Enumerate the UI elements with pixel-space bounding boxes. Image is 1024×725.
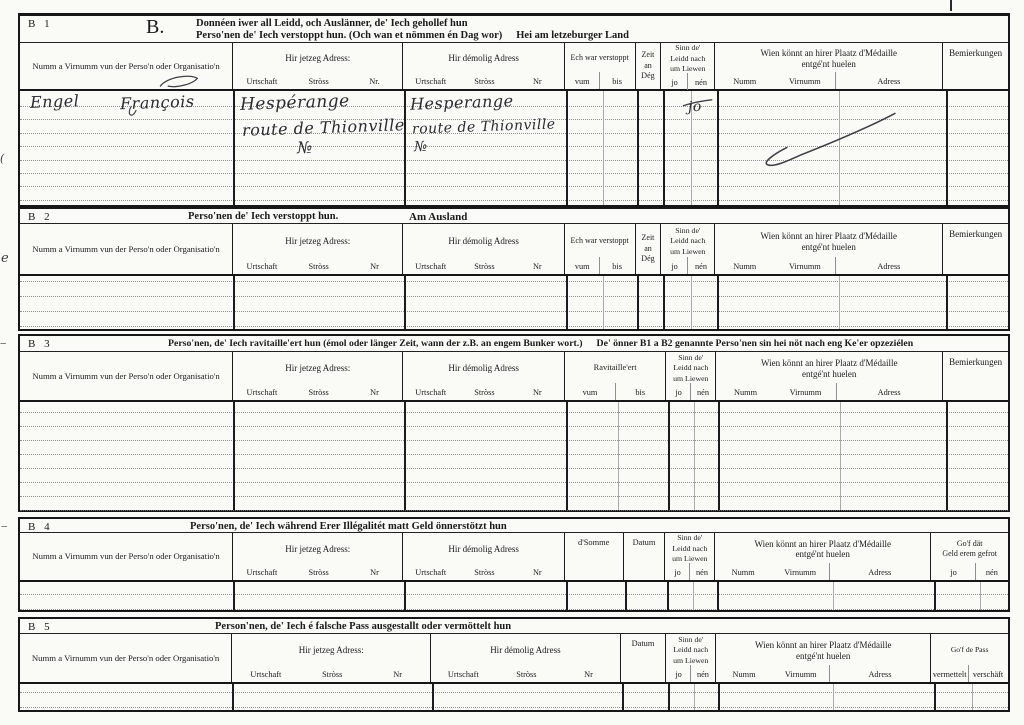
section-b2: B 2Perso'nen de' Iech verstoppt hun.Am A… — [18, 207, 1010, 331]
sub-column-divider — [839, 276, 840, 329]
sub-label: Nr — [365, 670, 430, 679]
header-label-group: Go'f de Pass — [931, 634, 1008, 667]
sub-label: Adress — [830, 670, 931, 679]
sub-label: Stròss — [291, 77, 347, 86]
header-label-group: Sinn de'Leidd nachum Liewen — [661, 224, 714, 259]
header-sublabels: UrtschaftStròssNr. — [233, 74, 402, 89]
header-label-group: Hir jetzeg Adress: — [233, 352, 402, 385]
table-body — [20, 582, 1008, 610]
column-divider — [717, 582, 719, 610]
sub-column-divider — [603, 91, 604, 205]
column-divider — [717, 91, 719, 205]
title-text: Perso'nen de' Iech verstoppt hun. (Och w… — [196, 30, 502, 41]
sub-label: vum — [565, 77, 600, 86]
sub-label: Nr — [511, 77, 564, 86]
column-header-3: Datum — [621, 634, 667, 682]
sub-label: Virnumm — [771, 568, 829, 577]
sub-column-divider — [691, 276, 692, 329]
header-label-group: Numm a Virnumm vun der Perso'n oder Orga… — [20, 352, 232, 400]
column-header-4: ZeitanDég — [636, 224, 662, 274]
header-label: Wien könnt an hirer Plaatz d'Médaille — [715, 539, 930, 550]
header-label: an — [636, 61, 661, 72]
column-header-3: Ravitaille'ertvumbis — [565, 352, 667, 400]
table-header: Numm a Virnumm vun der Perso'n oder Orga… — [20, 352, 1008, 402]
title-text: Perso'nen de' Iech verstoppt hun. — [188, 211, 338, 222]
header-label: Hir démolig Adress — [403, 544, 563, 555]
header-label: um Liewen — [661, 247, 714, 258]
column-header-6: Bemierkungen — [943, 352, 1008, 400]
sub-label: Nr — [511, 388, 564, 397]
sub-label: Stròss — [458, 262, 511, 271]
table-header: Numm a Virnumm vun der Perso'n oder Orga… — [20, 224, 1008, 276]
header-label: Leidd nach — [665, 544, 714, 555]
title-text: Person'nen, de' Iech é falsche Pass ausg… — [215, 621, 511, 632]
sub-label: bis — [615, 388, 665, 397]
section-title: Perso'nen, de' Iech ravitaille'ert hun (… — [168, 338, 913, 350]
section-label: B 1 — [28, 18, 53, 30]
column-header-2: Hir démolig AdressUrtschaftStròssNr — [403, 224, 564, 274]
column-divider — [663, 276, 665, 329]
column-header-5: Sinn de'Leidd nachum Liewenjonén — [661, 224, 715, 274]
header-sublabels: vumbis — [565, 74, 635, 89]
header-sublabels: jonén — [665, 565, 714, 580]
column-divider — [404, 582, 406, 610]
title-line: Perso'nen, de' Iech während Erer Illégal… — [190, 521, 507, 533]
header-sublabels: jonén — [931, 565, 1008, 580]
sub-label: vermettelt — [931, 670, 968, 679]
column-header-0: Numm a Virnumm vun der Perso'n oder Orga… — [20, 634, 232, 682]
header-label-group: Hir jetzeg Adress: — [233, 43, 402, 74]
column-divider — [946, 402, 948, 510]
sub-label: Nr — [511, 262, 564, 271]
header-label-group: Numm a Virnumm vun der Perso'n oder Orga… — [20, 224, 232, 274]
row-line — [20, 594, 1008, 595]
header-label: Leidd nach — [661, 236, 714, 247]
header-label: Hir jetzeg Adress: — [233, 363, 402, 374]
header-label: entgé'nt huelen — [715, 242, 942, 253]
column-divider — [566, 582, 568, 610]
sub-label: Urtschaft — [403, 388, 458, 397]
sub-label: nén — [691, 388, 715, 397]
row-line — [20, 496, 1008, 497]
table-header: Numm a Virnumm vun der Perso'n oder Orga… — [20, 533, 1008, 582]
row-line — [20, 281, 1008, 282]
sub-column-divider — [835, 72, 836, 89]
sub-label: Adress — [836, 262, 943, 271]
header-label: Bemierkungen — [943, 229, 1008, 240]
column-header-1: Hir jetzeg Adress:UrtschaftStròssNr — [233, 224, 403, 274]
section-b4: B 4Perso'nen, de' Iech während Erer Illé… — [18, 517, 1010, 612]
header-label: Sinn de' — [661, 43, 714, 54]
margin-mark: ‒ — [1, 521, 7, 532]
header-label-group: Bemierkungen — [943, 224, 1008, 274]
header-label: entgé'nt huelen — [715, 59, 942, 70]
sub-label: Virnumm — [772, 670, 830, 679]
header-label: d'Somme — [565, 538, 623, 549]
header-label: Hir démolig Adress — [431, 645, 619, 656]
header-label-group: Numm a Virnumm vun der Perso'n oder Orga… — [20, 533, 232, 580]
section-title-emphasis: De' önner B1 a B2 genannte Perso'nen sin… — [597, 338, 914, 349]
row-line — [20, 173, 1008, 174]
row-line — [20, 326, 1008, 327]
title-line: Donnéen iwer all Leidd, och Auslänner, d… — [196, 18, 629, 30]
column-divider — [432, 684, 434, 710]
row-line — [20, 510, 1008, 511]
sub-label: Numm — [716, 388, 775, 397]
column-divider — [718, 684, 720, 710]
header-label-group: Wien könnt an hirer Plaatz d'Médailleent… — [716, 634, 930, 667]
row-line — [20, 133, 1008, 134]
sub-label: nén — [690, 568, 714, 577]
header-label: Leidd nach — [666, 645, 715, 656]
sub-column-divider — [687, 257, 688, 274]
sub-label: Nr — [511, 568, 564, 577]
header-label-group: Datum — [624, 533, 665, 580]
sub-column-divider — [694, 402, 695, 510]
header-label: Sinn de' — [661, 226, 714, 237]
sub-column-divider — [968, 665, 969, 682]
header-label-group: Hir jetzeg Adress: — [233, 224, 402, 259]
header-label: Bemierkungen — [943, 48, 1008, 59]
column-header-7: Go'f dätGeld erem gefrotjonén — [931, 533, 1008, 580]
header-label-group: Sinn de'Leidd nachum Liewen — [666, 352, 715, 385]
header-label: Hir démolig Adress — [403, 53, 563, 64]
header-label-group: Sinn de'Leidd nachum Liewen — [661, 43, 714, 75]
column-divider — [625, 582, 627, 610]
header-label: Zeit — [636, 233, 661, 244]
sub-label: jo — [931, 568, 975, 577]
sub-label: vum — [565, 262, 600, 271]
header-label: Leidd nach — [666, 363, 715, 374]
sub-label: bis — [600, 262, 635, 271]
header-sublabels: vumbis — [565, 259, 635, 274]
header-label-group: Go'f dätGeld erem gefrot — [931, 533, 1008, 565]
header-label: Ech war verstoppt — [565, 53, 635, 64]
table-body — [20, 276, 1008, 329]
title-line: Perso'nen de' Iech verstoppt hun. — [188, 211, 338, 223]
header-label: Leidd nach — [661, 54, 714, 65]
sub-label: Stròss — [458, 388, 511, 397]
sub-label: jo — [661, 262, 687, 271]
sub-label: jo — [666, 388, 690, 397]
sub-column-divider — [972, 684, 973, 710]
column-divider — [233, 91, 235, 205]
header-label: entgé'nt huelen — [716, 651, 930, 662]
column-divider — [566, 91, 568, 205]
sub-column-divider — [689, 563, 690, 580]
row-line — [20, 440, 1008, 441]
column-header-0: Numm a Virnumm vun der Perso'n oder Orga… — [20, 224, 233, 274]
table-header: Numm a Virnumm vun der Perso'n oder Orga… — [20, 634, 1008, 684]
row-line — [20, 146, 1008, 147]
section-title: Perso'nen de' Iech verstoppt hun. — [188, 211, 338, 223]
sub-label: Urtschaft — [403, 568, 458, 577]
header-label-group: Datum — [621, 634, 666, 682]
row-line — [20, 426, 1008, 427]
sub-label: jo — [665, 568, 689, 577]
column-divider — [233, 402, 235, 510]
sub-label: nén — [976, 568, 1008, 577]
handwriting-layer: EngelFrançoisHespérangeroute de Thionvil… — [20, 91, 1008, 205]
header-label: Hir jetzeg Adress: — [233, 544, 402, 555]
column-header-6: Wien könnt an hirer Plaatz d'Médailleent… — [715, 224, 943, 274]
section-title: Donnéen iwer all Leidd, och Auslänner, d… — [196, 18, 629, 42]
sub-column-divider — [693, 582, 694, 610]
column-header-5: Sinn de'Leidd nachum Liewenjonén — [661, 43, 715, 89]
sub-label: vum — [565, 388, 615, 397]
column-header-1: Hir jetzeg Adress:UrtschaftStròssNr — [232, 634, 431, 682]
header-sublabels: NummVirnummAdress — [715, 259, 942, 274]
header-sublabels: jonén — [666, 667, 715, 682]
header-label: Go'f dät — [931, 539, 1008, 550]
section-titlebar: B 3Perso'nen, de' Iech ravitaille'ert hu… — [20, 336, 1008, 352]
sub-label: Nr — [347, 262, 403, 271]
column-divider — [946, 276, 948, 329]
row-line — [20, 692, 1008, 693]
sub-label: Stròss — [300, 670, 365, 679]
margin-mark: ‒ — [0, 338, 6, 349]
header-label: Dég — [636, 71, 661, 82]
column-divider — [663, 91, 665, 205]
column-header-6: Wien könnt an hirer Plaatz d'Médailleent… — [715, 533, 931, 580]
header-label: Bemierkungen — [943, 357, 1008, 368]
title-text: Perso'nen, de' Iech während Erer Illégal… — [190, 521, 507, 532]
column-header-7: Bemierkungen — [943, 224, 1008, 274]
section-b1: B 1B.Donnéen iwer all Leidd, och Auslänn… — [18, 13, 1010, 207]
section-title: Perso'nen, de' Iech während Erer Illégal… — [190, 521, 507, 533]
sub-column-divider — [599, 72, 600, 89]
scanned-form-page: B 1B.Donnéen iwer all Leidd, och Auslänn… — [0, 0, 1024, 725]
header-label-group: Hir jetzeg Adress: — [233, 533, 402, 565]
header-label: an — [636, 244, 661, 255]
header-label-group: Numm a Virnumm vun der Perso'n oder Orga… — [20, 43, 232, 89]
column-divider — [946, 91, 948, 205]
header-label: entgé'nt huelen — [716, 369, 942, 380]
section-big-letter: B. — [146, 17, 164, 37]
sub-label: Numm — [716, 670, 772, 679]
scan-artifact-tick — [950, 0, 952, 11]
title-line: Person'nen, de' Iech é falsche Pass ausg… — [215, 621, 511, 633]
row-line — [20, 707, 1008, 708]
sub-label: Stròss — [291, 568, 347, 577]
column-header-7: Bemierkungen — [943, 43, 1008, 89]
header-label-group: Numm a Virnumm vun der Perso'n oder Orga… — [20, 634, 231, 682]
sub-label: nén — [691, 670, 715, 679]
sub-label: Urtschaft — [233, 388, 291, 397]
sub-column-divider — [599, 257, 600, 274]
sub-label: jo — [666, 670, 690, 679]
sub-label: Nr. — [347, 77, 403, 86]
column-header-5: Wien könnt an hirer Plaatz d'Médailleent… — [716, 634, 931, 682]
column-header-1: Hir jetzeg Adress:UrtschaftStròssNr — [233, 533, 403, 580]
header-sublabels: UrtschaftStròssNr — [232, 667, 430, 682]
section-titlebar: B 4Perso'nen, de' Iech während Erer Illé… — [20, 519, 1008, 533]
header-label: Zeit — [636, 50, 661, 61]
header-label-group: d'Somme — [565, 533, 623, 580]
header-sublabels: UrtschaftStròssNr — [233, 259, 402, 274]
row-line — [20, 106, 1008, 107]
column-header-2: Hir démolig AdressUrtschaftStròssNr — [431, 634, 620, 682]
handwriting-entry: jo — [688, 99, 702, 115]
section-titlebar: B 1B.Donnéen iwer all Leidd, och Auslänn… — [20, 16, 1008, 43]
sub-label: Urtschaft — [403, 77, 458, 86]
sub-column-divider — [615, 383, 616, 400]
header-label-group: Hir démolig Adress — [403, 352, 563, 385]
section-titlebar: B 2Perso'nen de' Iech verstoppt hun.Am A… — [20, 209, 1008, 224]
sub-label: nén — [688, 262, 714, 271]
header-label-group: Bemierkungen — [943, 43, 1008, 89]
header-label: Numm a Virnumm vun der Perso'n oder Orga… — [20, 551, 232, 562]
sub-label: bis — [600, 77, 635, 86]
header-label: Hir démolig Adress — [403, 363, 563, 374]
header-label: Wien könnt an hirer Plaatz d'Médaille — [716, 640, 930, 651]
section-title: Person'nen, de' Iech é falsche Pass ausg… — [215, 621, 511, 633]
margin-mark: e — [1, 251, 9, 266]
sub-label: Numm — [715, 568, 771, 577]
header-label: Wien könnt an hirer Plaatz d'Médaille — [715, 48, 942, 59]
column-divider — [637, 276, 639, 329]
header-label: Sinn de' — [666, 635, 715, 646]
column-header-5: Sinn de'Leidd nachum Liewenjonén — [665, 533, 715, 580]
header-label: Hir jetzeg Adress: — [232, 645, 430, 656]
header-label-group: ZeitanDég — [636, 224, 661, 274]
section-label: B 4 — [28, 521, 53, 533]
header-label: Hir démolig Adress — [403, 236, 563, 247]
header-label: Numm a Virnumm vun der Perso'n oder Orga… — [20, 61, 232, 72]
column-divider — [637, 91, 639, 205]
table-header: Numm a Virnumm vun der Perso'n oder Orga… — [20, 43, 1008, 91]
column-header-2: Hir démolig AdressUrtschaftStròssNr — [403, 352, 564, 400]
sub-column-divider — [840, 402, 841, 510]
header-label-group: Sinn de'Leidd nachum Liewen — [666, 634, 715, 667]
column-header-4: Sinn de'Leidd nachum Liewenjonén — [666, 352, 716, 400]
section-titlebar: B 5Person'nen, de' Iech é falsche Pass a… — [20, 619, 1008, 634]
column-divider — [622, 684, 624, 710]
sub-column-divider — [833, 582, 834, 610]
section-b3: B 3Perso'nen, de' Iech ravitaille'ert hu… — [18, 334, 1010, 512]
sub-label: Nr — [347, 568, 403, 577]
column-divider — [566, 276, 568, 329]
sub-label: Virnumm — [775, 388, 836, 397]
handwriting-entry: Engel — [30, 91, 80, 112]
header-sublabels: jonén — [661, 75, 714, 90]
header-label: Numm a Virnumm vun der Perso'n oder Orga… — [20, 371, 232, 382]
sub-label: Adress — [836, 77, 943, 86]
sub-column-divider — [836, 383, 837, 400]
column-header-3: Ech war verstopptvumbis — [565, 224, 636, 274]
sub-label: Urtschaft — [233, 262, 291, 271]
header-label-group: Bemierkungen — [943, 352, 1008, 400]
row-line — [20, 119, 1008, 120]
sub-column-divider — [690, 383, 691, 400]
sub-label: Stròss — [458, 77, 511, 86]
column-header-2: Hir démolig AdressUrtschaftStròssNr — [403, 43, 564, 89]
sub-label: Urtschaft — [233, 568, 291, 577]
table-body: EngelFrançoisHespérangeroute de Thionvil… — [20, 91, 1008, 205]
header-label-group: Hir démolig Adress — [403, 43, 563, 74]
sub-column-divider — [691, 91, 692, 205]
title-line: Perso'nen, de' Iech ravitaille'ert hun (… — [168, 338, 913, 350]
sub-column-divider — [975, 563, 976, 580]
column-divider — [233, 582, 235, 610]
sub-label: Adress — [836, 388, 942, 397]
header-label: Sinn de' — [665, 533, 714, 544]
column-divider — [404, 91, 406, 205]
column-header-3: Ech war verstopptvumbis — [565, 43, 636, 89]
column-divider — [233, 276, 235, 329]
sub-label: Stròss — [458, 568, 511, 577]
row-line — [20, 186, 1008, 187]
header-sublabels: UrtschaftStròssNr — [403, 565, 563, 580]
column-header-6: Wien könnt an hirer Plaatz d'Médailleent… — [715, 43, 943, 89]
table-body — [20, 402, 1008, 510]
sub-column-divider — [980, 582, 981, 610]
column-header-2: Hir démolig AdressUrtschaftStròssNr — [403, 533, 564, 580]
column-divider — [934, 582, 936, 610]
header-label: Numm a Virnumm vun der Perso'n oder Orga… — [20, 244, 232, 255]
header-label: Dég — [636, 254, 661, 265]
column-header-4: ZeitanDég — [636, 43, 662, 89]
header-label: Sinn de' — [666, 353, 715, 364]
sub-label: Numm — [715, 77, 774, 86]
column-header-0: Numm a Virnumm vun der Perso'n oder Orga… — [20, 43, 233, 89]
row-line — [20, 296, 1008, 297]
column-divider — [668, 684, 670, 710]
row-line — [20, 609, 1008, 610]
column-header-0: Numm a Virnumm vun der Perso'n oder Orga… — [20, 352, 233, 400]
header-label-group: Hir démolig Adress — [403, 533, 563, 565]
section-b5: B 5Person'nen, de' Iech é falsche Pass a… — [18, 617, 1010, 712]
sub-label: Nr — [557, 670, 619, 679]
header-sublabels: vermetteltverschäft — [931, 667, 1008, 682]
sub-label: Stròss — [291, 262, 347, 271]
header-sublabels: jonén — [666, 385, 715, 400]
header-label: Hir jetzeg Adress: — [233, 236, 402, 247]
row-line — [20, 200, 1008, 201]
sub-label: Urtschaft — [431, 670, 495, 679]
title-line: Perso'nen de' Iech verstoppt hun. (Och w… — [196, 30, 629, 42]
sub-column-divider — [839, 91, 840, 205]
column-divider — [668, 402, 670, 510]
sub-label: Adress — [829, 568, 930, 577]
header-label-group: ZeitanDég — [636, 43, 661, 89]
column-divider — [232, 684, 234, 710]
margin-mark: ( — [0, 152, 4, 165]
header-label-group: Ech war verstoppt — [565, 43, 635, 74]
table-body — [20, 684, 1008, 710]
header-label-group: Wien könnt an hirer Plaatz d'Médailleent… — [715, 43, 942, 74]
column-divider — [667, 582, 669, 610]
header-label-group: Wien könnt an hirer Plaatz d'Médailleent… — [715, 224, 942, 259]
handwriting-entry: Hespérange — [240, 91, 350, 115]
sub-column-divider — [835, 257, 836, 274]
header-label: Wien könnt an hirer Plaatz d'Médaille — [716, 358, 942, 369]
sub-label: Nr — [347, 388, 403, 397]
sub-label: jo — [661, 78, 687, 87]
row-line — [20, 160, 1008, 161]
column-divider — [404, 402, 406, 510]
row-line — [20, 482, 1008, 483]
header-sublabels: NummVirnummAdress — [715, 74, 942, 89]
sub-label: Urtschaft — [232, 670, 299, 679]
header-label: Wien könnt an hirer Plaatz d'Médaille — [715, 231, 942, 242]
sub-label: Urtschaft — [233, 77, 291, 86]
sub-column-divider — [618, 402, 619, 510]
header-label: entgé'nt huelen — [715, 549, 930, 560]
header-label: Datum — [621, 639, 666, 650]
header-label-group: Hir démolig Adress — [431, 634, 619, 667]
sub-column-divider — [690, 665, 691, 682]
